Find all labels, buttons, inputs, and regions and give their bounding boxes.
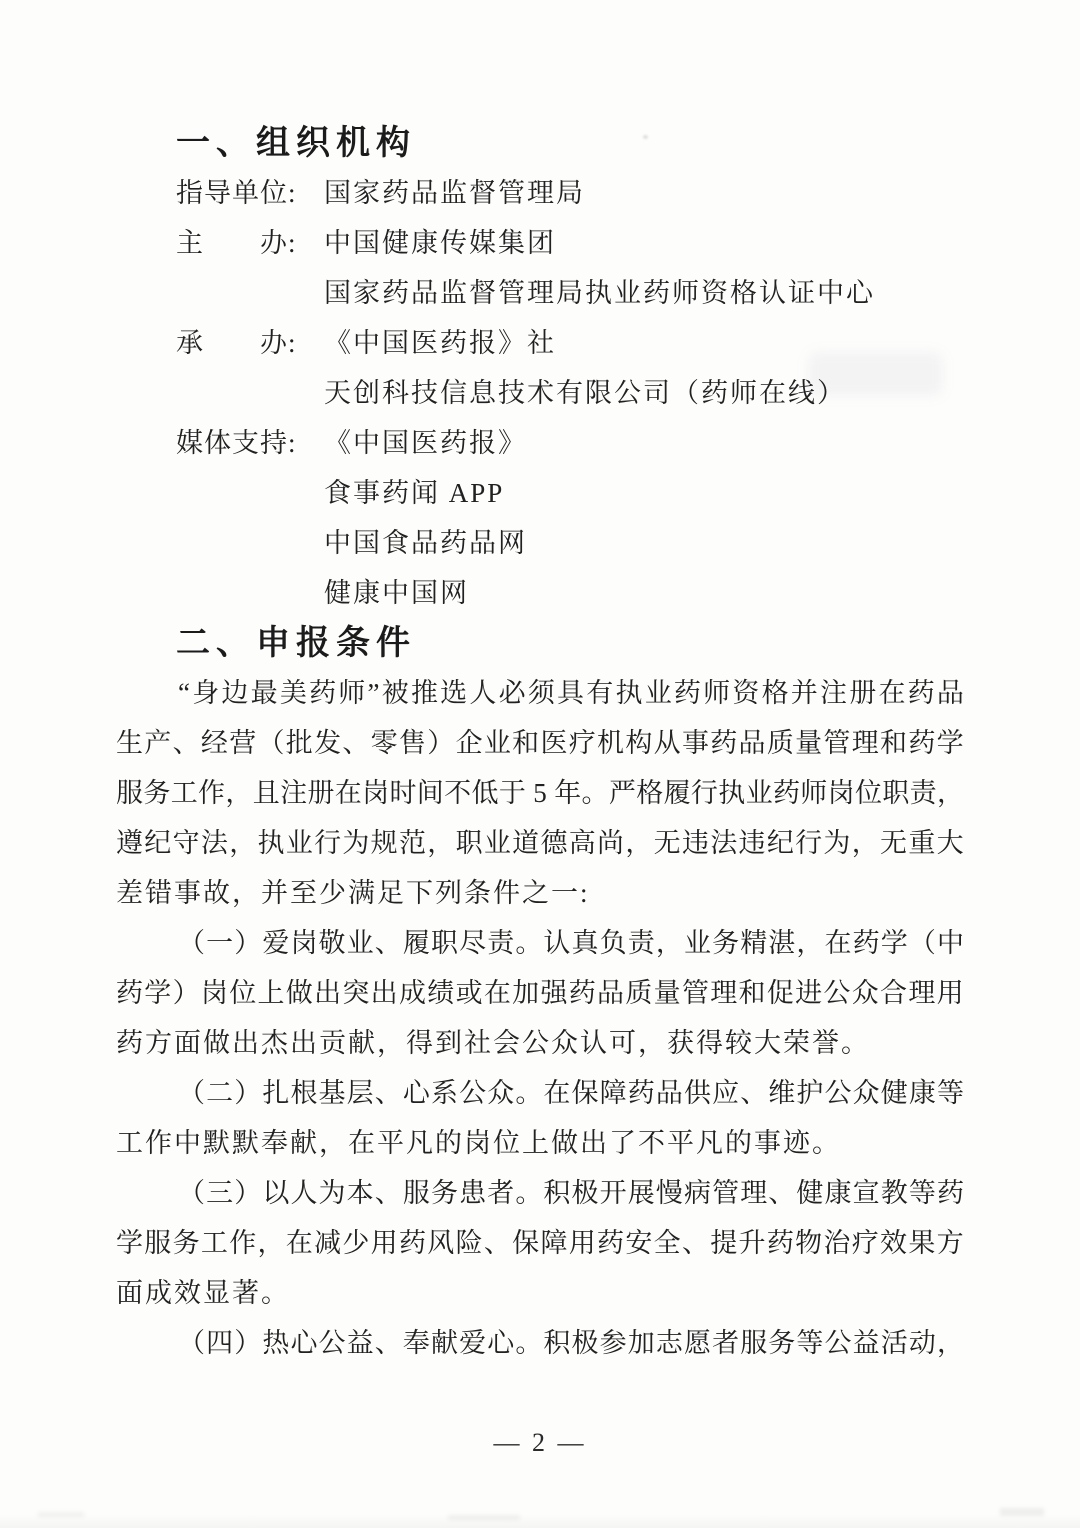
section-heading: 二、申报条件 (176, 618, 964, 668)
org-row: 健康中国网 (176, 568, 964, 618)
org-value: 中国健康传媒集团 (324, 218, 556, 268)
org-value: 《中国医药报》社 (324, 318, 556, 368)
org-label: 承 办: (176, 318, 324, 368)
scan-artifact (1000, 1508, 1044, 1516)
org-row: 国家药品监督管理局执业药师资格认证中心 (176, 268, 964, 318)
org-value: 国家药品监督管理局 (324, 168, 585, 218)
org-row: 食事药闻 APP (176, 468, 964, 518)
paragraph-line: （一）爱岗敬业、履职尽责。认真负责，业务精湛，在药学（中 (116, 918, 964, 968)
org-row: 指导单位:国家药品监督管理局 (176, 168, 964, 218)
paragraph-line: 面成效显著。 (116, 1268, 964, 1318)
paragraph-line: 工作中默默奉献，在平凡的岗位上做出了不平凡的事迹。 (116, 1118, 964, 1168)
paragraph-line: 药学）岗位上做出突出成绩或在加强药品质量管理和促进公众合理用 (116, 968, 964, 1018)
org-label: 指导单位: (176, 168, 324, 218)
paragraph-line: 学服务工作，在减少用药风险、保障用药安全、提升药物治疗效果方 (116, 1218, 964, 1268)
paragraph-line: 药方面做出杰出贡献，得到社会公众认可，获得较大荣誉。 (116, 1018, 964, 1068)
org-row: 主 办:中国健康传媒集团 (176, 218, 964, 268)
paragraph-line: 遵纪守法，执业行为规范，职业道德高尚，无违法违纪行为，无重大 (116, 818, 964, 868)
paragraph-line: （三）以人为本、服务患者。积极开展慢病管理、健康宣教等药 (116, 1168, 964, 1218)
org-label (176, 468, 324, 518)
org-label: 主 办: (176, 218, 324, 268)
org-row: 媒体支持:《中国医药报》 (176, 418, 964, 468)
paragraph-line: 差错事故，并至少满足下列条件之一: (116, 868, 964, 918)
paragraph-line: “身边最美药师”被推选人必须具有执业药师资格并注册在药品 (116, 668, 964, 718)
paragraph-line: 生产、经营（批发、零售）企业和医疗机构从事药品质量管理和药学 (116, 718, 964, 768)
document-page: 一、组织机构指导单位:国家药品监督管理局主 办:中国健康传媒集团国家药品监督管理… (0, 0, 1080, 1528)
scan-artifact (448, 1515, 520, 1520)
section-heading: 一、组织机构 (176, 118, 964, 168)
org-value: 天创科技信息技术有限公司（药师在线） (324, 368, 846, 418)
document-content: 一、组织机构指导单位:国家药品监督管理局主 办:中国健康传媒集团国家药品监督管理… (116, 118, 964, 1368)
org-label (176, 368, 324, 418)
paragraph-line: （四）热心公益、奉献爱心。积极参加志愿者服务等公益活动， (116, 1318, 964, 1368)
org-value: 健康中国网 (324, 568, 469, 618)
page-number: — 2 — (0, 1428, 1080, 1458)
paragraph-line: 服务工作，且注册在岗时间不低于 5 年。严格履行执业药师岗位职责， (116, 768, 964, 818)
org-value: 《中国医药报》 (324, 418, 527, 468)
org-label (176, 268, 324, 318)
org-row: 承 办:《中国医药报》社 (176, 318, 964, 368)
org-label (176, 568, 324, 618)
paragraph-line: （二）扎根基层、心系公众。在保障药品供应、维护公众健康等 (116, 1068, 964, 1118)
org-label: 媒体支持: (176, 418, 324, 468)
org-value: 中国食品药品网 (324, 518, 527, 568)
org-row: 天创科技信息技术有限公司（药师在线） (176, 368, 964, 418)
scan-artifact (38, 1512, 84, 1517)
org-label (176, 518, 324, 568)
org-row: 中国食品药品网 (176, 518, 964, 568)
org-value: 食事药闻 APP (324, 468, 504, 518)
org-value: 国家药品监督管理局执业药师资格认证中心 (324, 268, 875, 318)
